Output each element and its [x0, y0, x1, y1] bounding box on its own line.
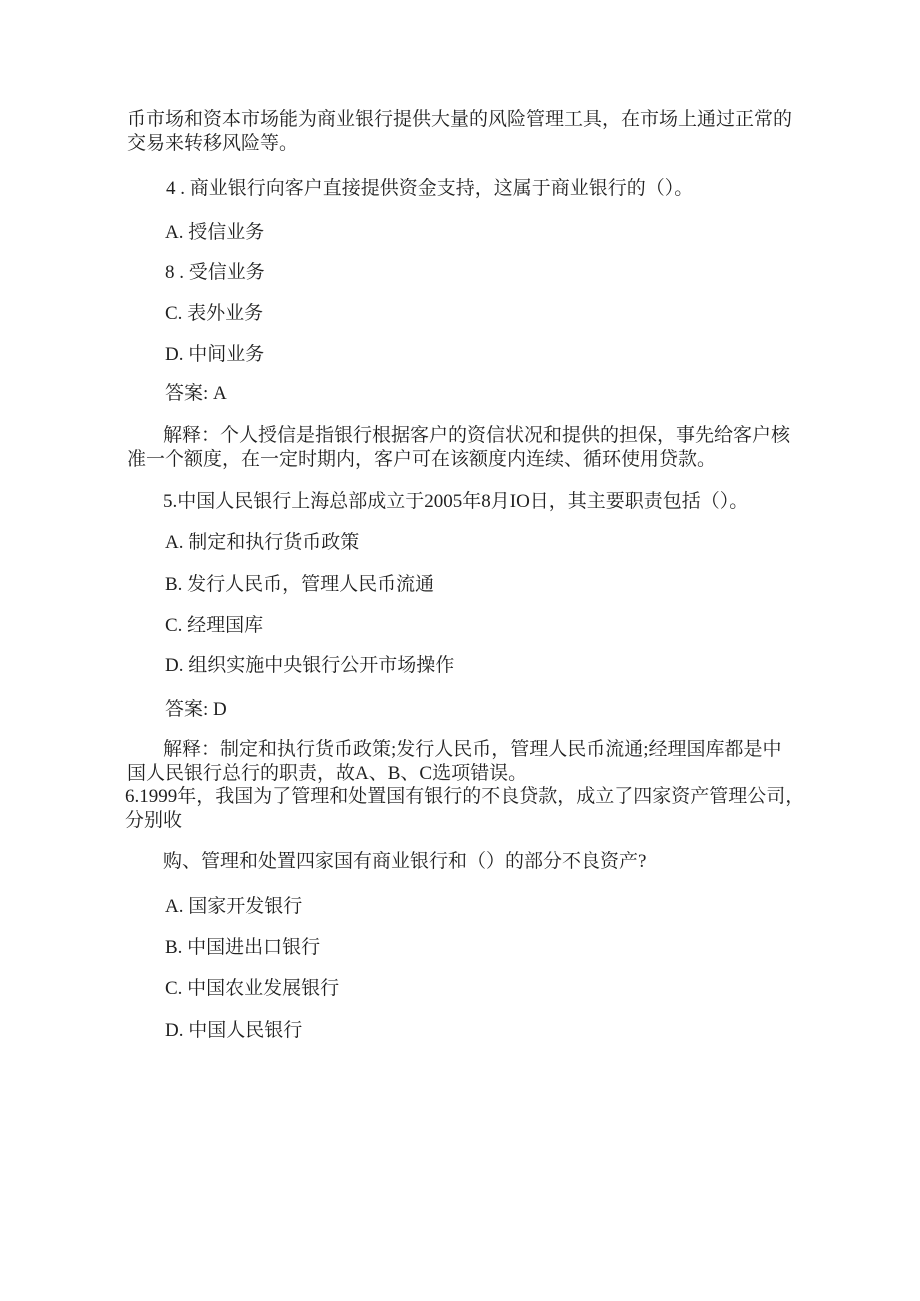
question-6-option-c: C. 中国农业发展银行 — [165, 977, 905, 1001]
question-4-option-a: A. 授信业务 — [165, 221, 905, 245]
document-page: 币市场和资本市场能为商业银行提供大量的风险管理工具，在市场上通过正常的 交易来转… — [0, 0, 920, 1301]
question-5-answer: 答案: D — [165, 698, 905, 722]
continuation-paragraph: 币市场和资本市场能为商业银行提供大量的风险管理工具，在市场上通过正常的 交易来转… — [127, 108, 897, 156]
question-6-option-a: A. 国家开发银行 — [165, 895, 905, 919]
question-5-option-d: D. 组织实施中央银行公开市场操作 — [165, 654, 905, 678]
question-6-option-b: B. 中国进出口银行 — [165, 936, 905, 960]
question-4-answer: 答案: A — [165, 382, 905, 406]
question-4-explanation: 解释：个人授信是指银行根据客户的资信状况和提供的担保，事先给客户核 准一个额度，… — [127, 424, 897, 472]
question-5-explanation: 解释：制定和执行货币政策;发行人民币，管理人民币流通;经理国库都是中 国人民银行… — [127, 738, 897, 786]
question-4-stem: 4 . 商业银行向客户直接提供资金支持，这属于商业银行的（）。 — [166, 177, 906, 201]
question-5-stem: 5.中国人民银行上海总部成立于2005年8月IO日，其主要职责包括（）。 — [163, 490, 903, 514]
question-4-option-c: C. 表外业务 — [165, 302, 905, 326]
question-5-option-b: B. 发行人民币，管理人民币流通 — [165, 573, 905, 597]
question-6-stem-part1: 6.1999年，我国为了管理和处置国有银行的不良贷款，成立了四家资产管理公司， … — [125, 785, 895, 833]
question-6-stem-part2: 购、管理和处置四家国有商业银行和（）的部分不良资产? — [163, 850, 903, 874]
question-6-option-d: D. 中国人民银行 — [165, 1019, 905, 1043]
question-5-option-c: C. 经理国库 — [165, 614, 905, 638]
question-4-option-b: 8 . 受信业务 — [165, 261, 905, 285]
question-5-option-a: A. 制定和执行货币政策 — [165, 531, 905, 555]
question-4-option-d: D. 中间业务 — [165, 343, 905, 367]
